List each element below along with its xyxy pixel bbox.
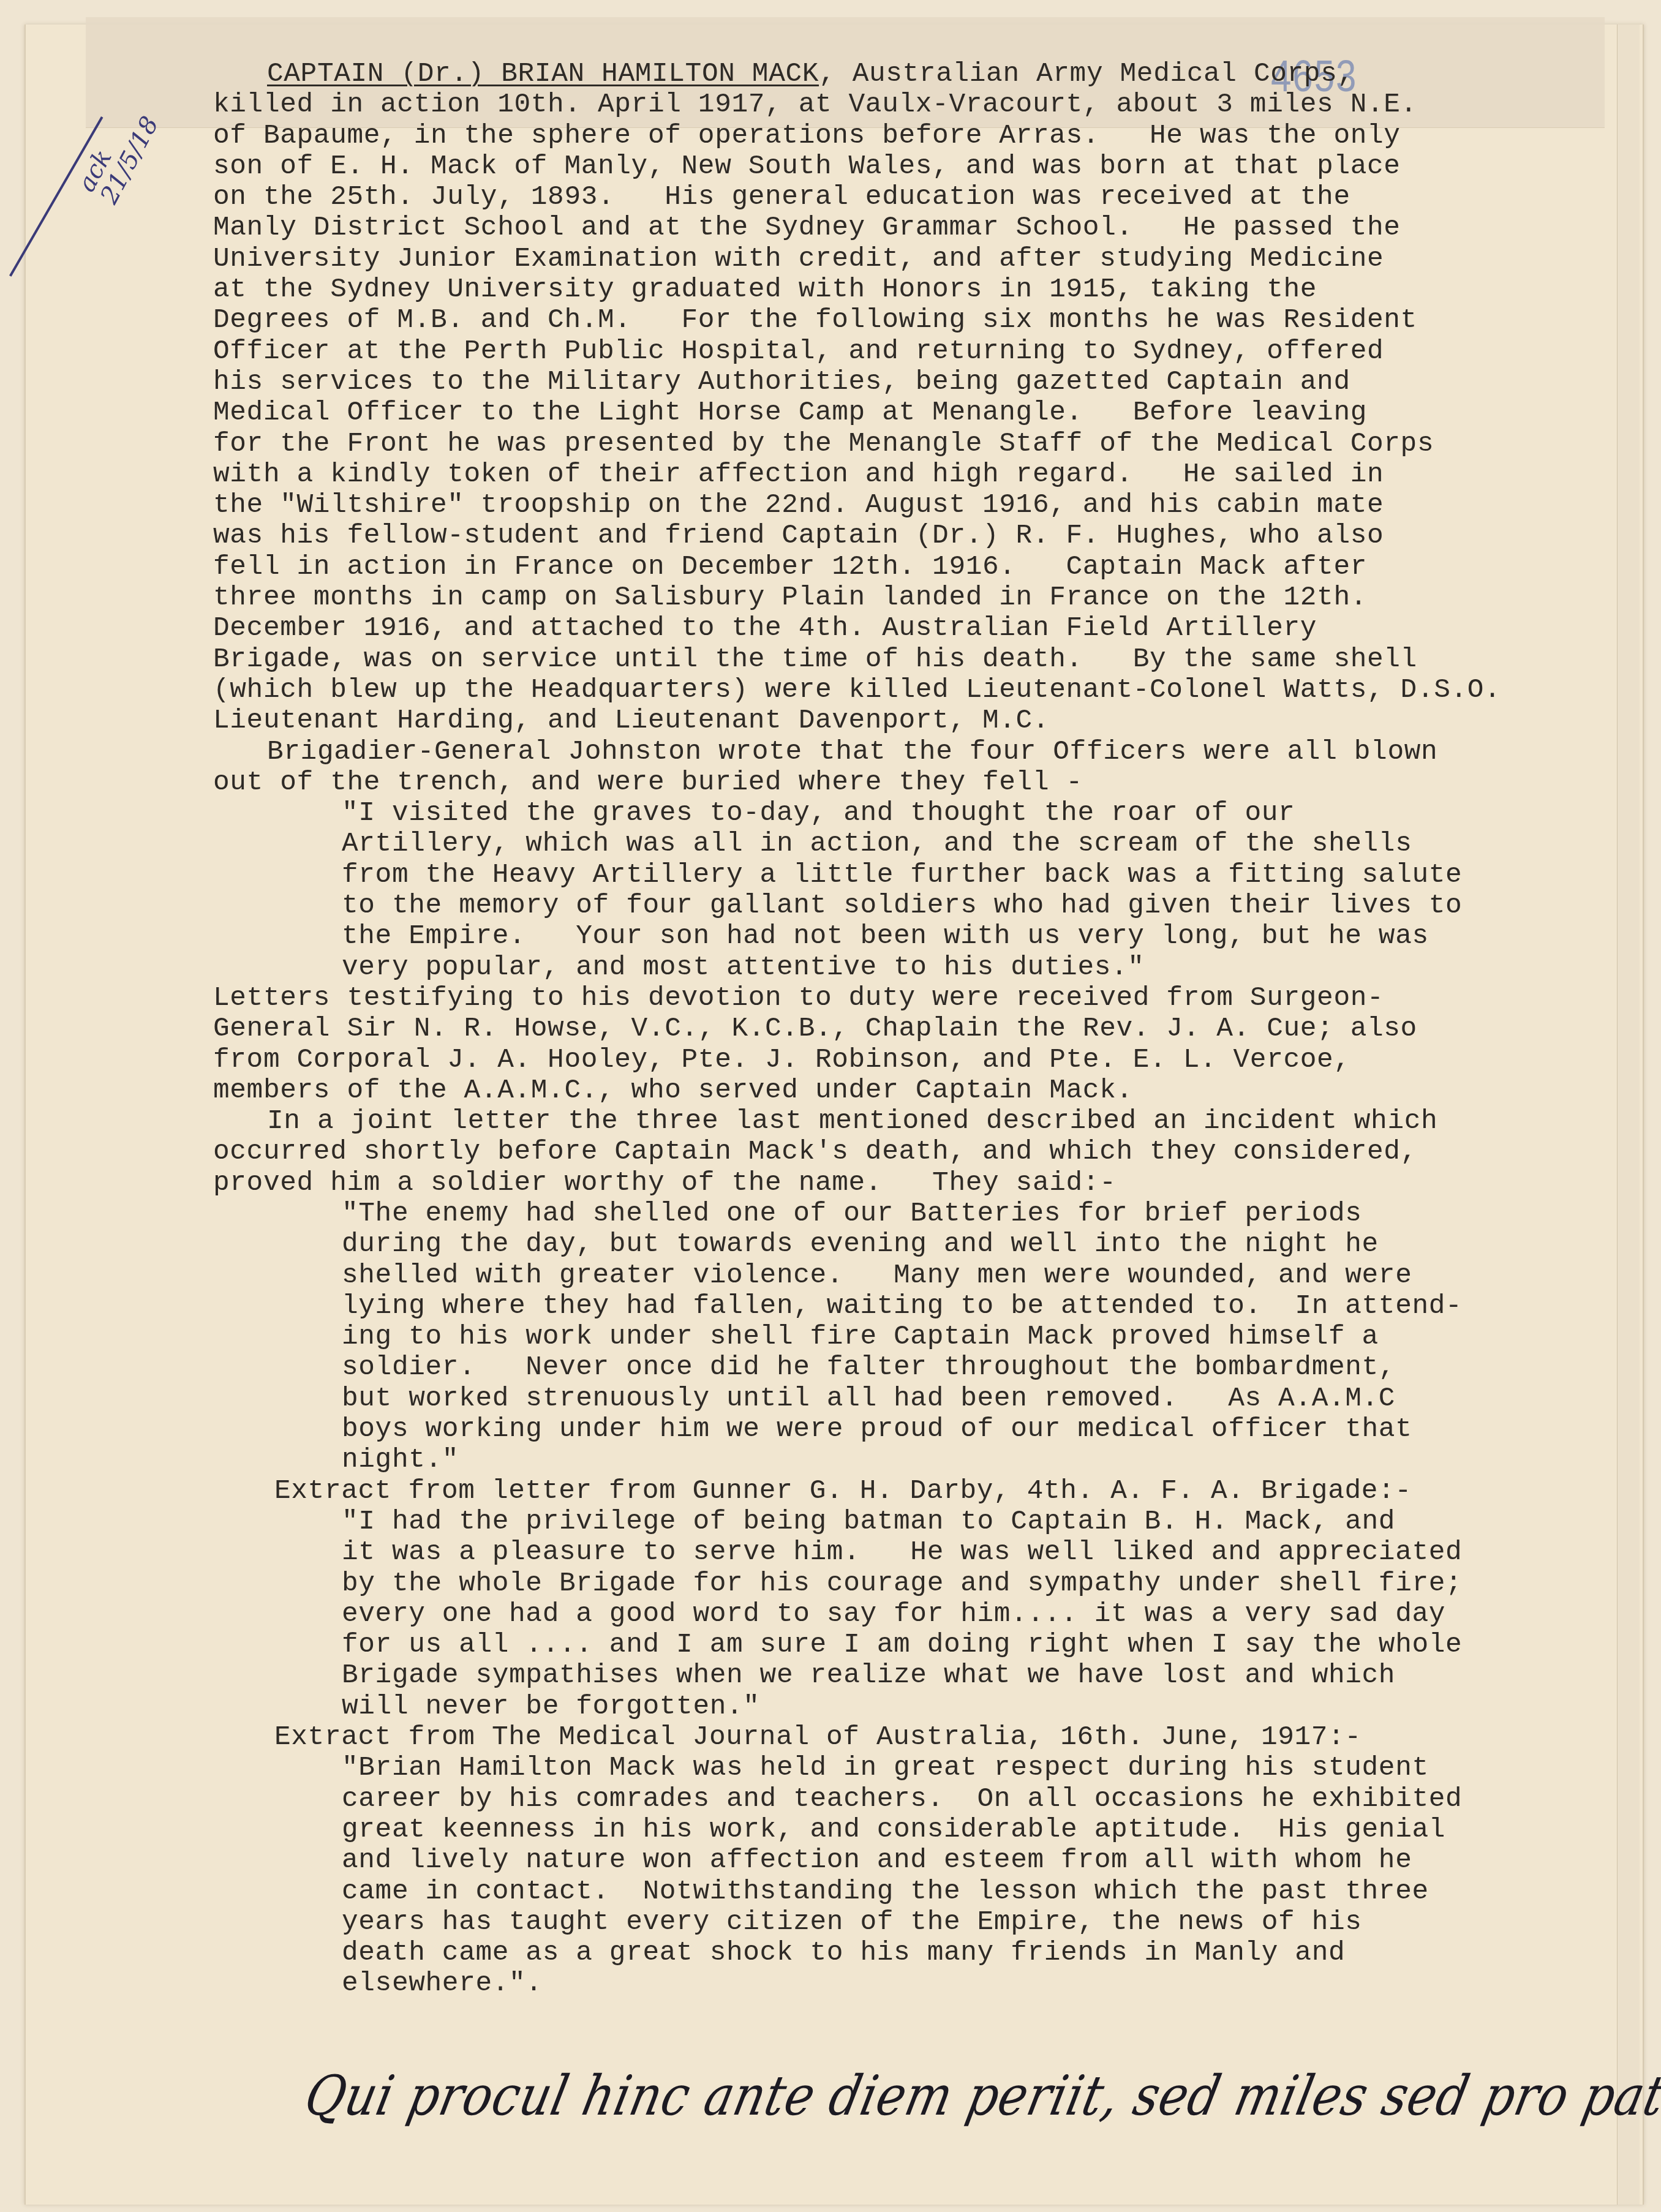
text-line: by the whole Brigade for his courage and… [213,1568,1622,1599]
text-line: occurred shortly before Captain Mack's d… [213,1137,1622,1167]
text-line: lying where they had fallen, waiting to … [213,1291,1622,1322]
text-line: years has taught every citizen of the Em… [213,1907,1622,1938]
text-line: Brigade sympathises when we realize what… [213,1660,1622,1691]
text-line: very popular, and most attentive to his … [213,952,1622,983]
paragraph-joint-letter-intro: In a joint letter the three last mention… [213,1106,1622,1198]
text-line: for us all .... and I am sure I am doing… [213,1630,1622,1660]
text-line: out of the trench, and were buried where… [213,767,1622,798]
text-line: boys working under him we were proud of … [213,1414,1622,1445]
text-line: (which blew up the Headquarters) were ki… [213,675,1622,705]
text-line: fell in action in France on December 12t… [213,552,1622,582]
text-line: for the Front he was presented by the Me… [213,429,1622,459]
text-line: Artillery, which was all in action, and … [213,829,1622,859]
text-line: his services to the Military Authorities… [213,367,1622,397]
text-line: the "Wiltshire" troopship on the 22nd. A… [213,490,1622,521]
text-line: soldier. Never once did he falter throug… [213,1352,1622,1383]
typed-document: CAPTAIN (Dr.) BRIAN HAMILTON MACK, Austr… [213,59,1622,1999]
text-line: of Bapaume, in the sphere of operations … [213,121,1622,151]
handwritten-motto: Qui procul hinc ante diem periit, sed mi… [299,2064,1661,2128]
text-line: In a joint letter the three last mention… [213,1106,1622,1137]
text-line: ing to his work under shell fire Captain… [213,1322,1622,1352]
text-line: shelled with greater violence. Many men … [213,1260,1622,1291]
text-line: at the Sydney University graduated with … [213,274,1622,305]
margin-annotation: ack 21/5/18 [31,61,190,233]
paragraph-letters: Letters testifying to his devotion to du… [213,983,1622,1106]
text-line: Letters testifying to his devotion to du… [213,983,1622,1014]
text-line: death came as a great shock to his many … [213,1938,1622,1968]
quote-joint-letter: "The enemy had shelled one of our Batter… [213,1198,1622,1476]
text-line: "Brian Hamilton Mack was held in great r… [213,1753,1622,1783]
text-line: University Junior Examination with credi… [213,244,1622,274]
text-line: during the day, but towards evening and … [213,1229,1622,1260]
quote-journal: "Brian Hamilton Mack was held in great r… [213,1753,1622,1999]
text-line: Officer at the Perth Public Hospital, an… [213,336,1622,367]
text-line: it was a pleasure to serve him. He was w… [213,1537,1622,1568]
text-line: elsewhere.". [213,1968,1622,1999]
text-line: December 1916, and attached to the 4th. … [213,613,1622,644]
title-rest: , Australian Army Medical Corps, [819,59,1354,89]
text-line: great keenness in his work, and consider… [213,1815,1622,1845]
text-line: Degrees of M.B. and Ch.M. For the follow… [213,305,1622,336]
text-line: Medical Officer to the Light Horse Camp … [213,397,1622,428]
text-line: "I visited the graves to-day, and though… [213,798,1622,829]
text-line: son of E. H. Mack of Manly, New South Wa… [213,151,1622,182]
paragraph-biography: killed in action 10th. April 1917, at Va… [213,89,1622,736]
text-line: the Empire. Your son had not been with u… [213,921,1622,952]
text-line: to the memory of four gallant soldiers w… [213,890,1622,921]
text-line: from the Heavy Artillery a little furthe… [213,860,1622,890]
text-line: "I had the privilege of being batman to … [213,1507,1622,1537]
text-line: killed in action 10th. April 1917, at Va… [213,89,1622,120]
text-line: career by his comrades and teachers. On … [213,1784,1622,1815]
quote-darby: "I had the privilege of being batman to … [213,1507,1622,1722]
text-line: but worked strenuously until all had bee… [213,1383,1622,1414]
text-line: night." [213,1445,1622,1475]
text-line: three months in camp on Salisbury Plain … [213,582,1622,613]
text-line: General Sir N. R. Howse, V.C., K.C.B., C… [213,1014,1622,1044]
text-line: every one had a good word to say for him… [213,1599,1622,1630]
text-line: with a kindly token of their affection a… [213,459,1622,490]
text-line: proved him a soldier worthy of the name.… [213,1168,1622,1198]
text-line: "The enemy had shelled one of our Batter… [213,1198,1622,1229]
text-line: from Corporal J. A. Hooley, Pte. J. Robi… [213,1045,1622,1075]
text-line: and lively nature won affection and este… [213,1845,1622,1876]
subject-name: CAPTAIN (Dr.) BRIAN HAMILTON MACK [267,59,819,89]
paragraph-johnston-intro: Brigadier-General Johnston wrote that th… [213,737,1622,799]
text-line: members of the A.A.M.C., who served unde… [213,1075,1622,1106]
text-line: Brigadier-General Johnston wrote that th… [213,737,1622,767]
text-line: on the 25th. July, 1893. His general edu… [213,182,1622,213]
margin-note: ack 21/5/18 [73,100,164,208]
text-line: Lieutenant Harding, and Lieutenant Daven… [213,705,1622,736]
text-line: Manly District School and at the Sydney … [213,213,1622,243]
text-line: came in contact. Notwithstanding the les… [213,1876,1622,1907]
title-line: CAPTAIN (Dr.) BRIAN HAMILTON MACK, Austr… [213,59,1622,89]
quote-johnston: "I visited the graves to-day, and though… [213,798,1622,983]
text-line: will never be forgotten." [213,1691,1622,1722]
extract-journal-heading: Extract from The Medical Journal of Aust… [213,1722,1622,1753]
text-line: Brigade, was on service until the time o… [213,644,1622,675]
text-line: was his fellow-student and friend Captai… [213,521,1622,551]
extract-darby-heading: Extract from letter from Gunner G. H. Da… [213,1476,1622,1507]
